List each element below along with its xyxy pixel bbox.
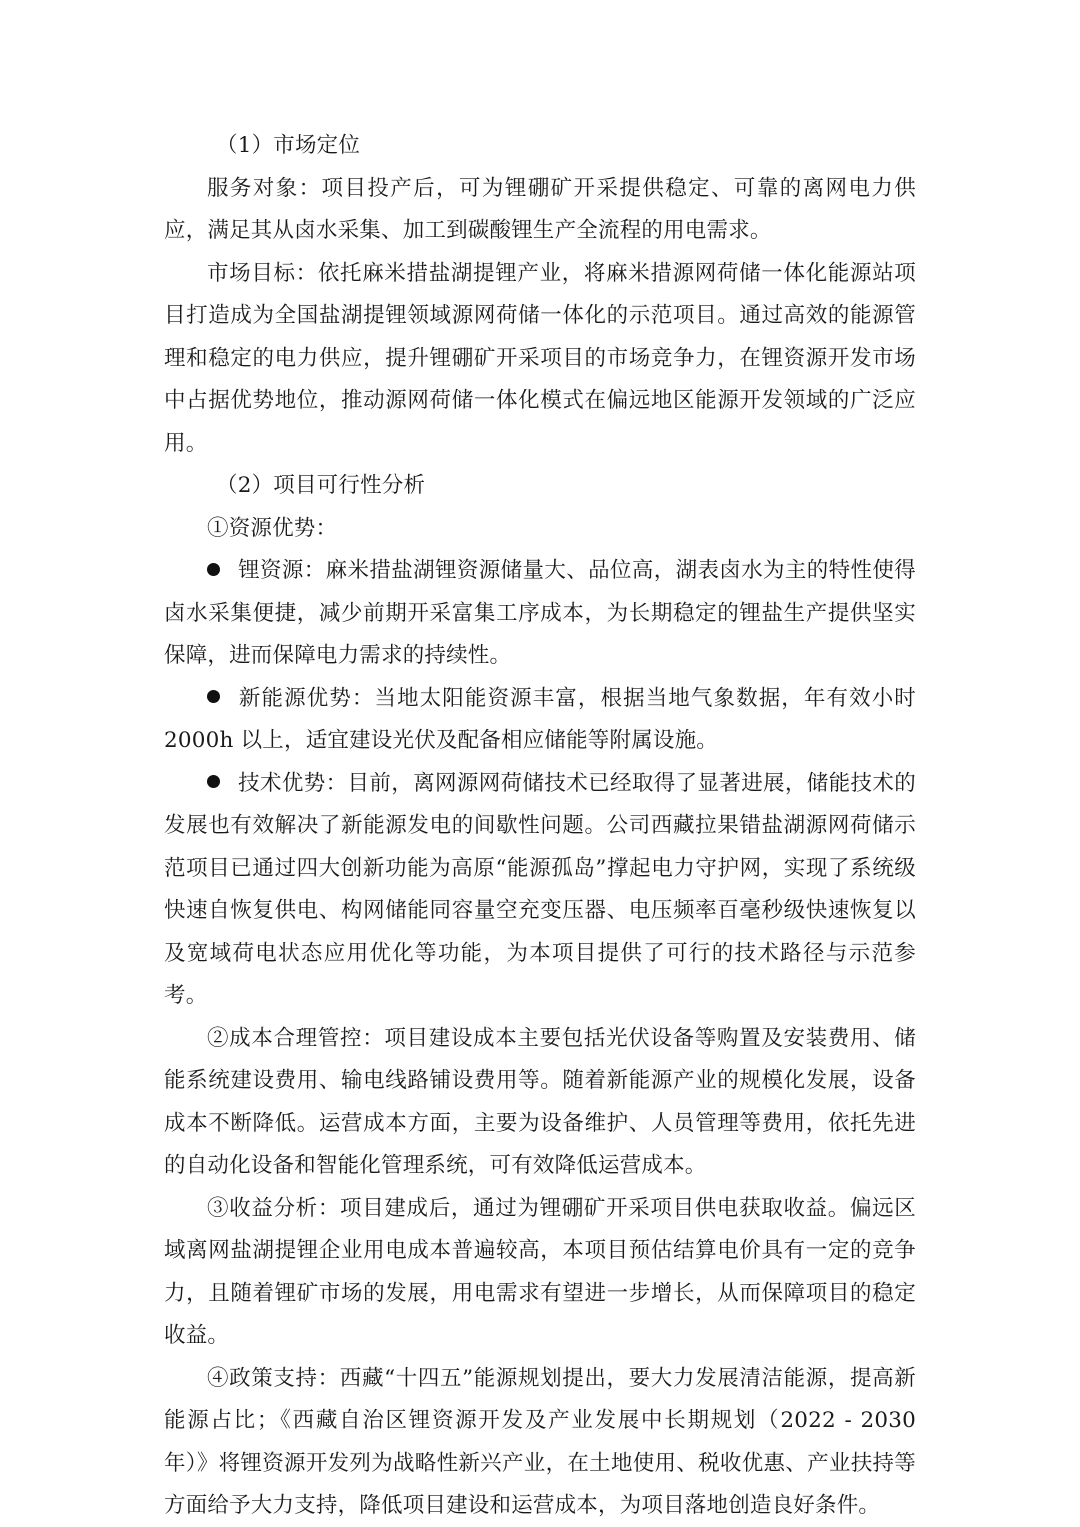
bullet-item-technology: 技术优势：目前，离网源网荷储技术已经取得了显著进展，储能技术的发展也有效解决了新… — [164, 763, 916, 1018]
bullet-text: 技术优势：目前，离网源网荷储技术已经取得了显著进展，储能技术的发展也有效解决了新… — [164, 771, 916, 1009]
bullet-icon — [207, 775, 220, 788]
bullet-text: 锂资源：麻米措盐湖锂资源储量大、品位高，湖表卤水为主的特性使得卤水采集便捷，减少… — [164, 558, 916, 668]
bullet-item-lithium-resource: 锂资源：麻米措盐湖锂资源储量大、品位高，湖表卤水为主的特性使得卤水采集便捷，减少… — [164, 550, 916, 678]
paragraph-market-goal: 市场目标：依托麻米措盐湖提锂产业，将麻米措源网荷储一体化能源站项目打造成为全国盐… — [164, 253, 916, 466]
bullet-icon — [207, 563, 220, 576]
paragraph-cost-control: ②成本合理管控：项目建设成本主要包括光伏设备等购置及安装费用、储能系统建设费用、… — [164, 1018, 916, 1188]
document-page: （1）市场定位 服务对象：项目投产后，可为锂硼矿开采提供稳定、可靠的离网电力供应… — [164, 125, 916, 1527]
section-heading-market-positioning: （1）市场定位 — [164, 125, 916, 168]
bullet-item-new-energy: 新能源优势：当地太阳能资源丰富，根据当地气象数据，年有效小时 2000h 以上，… — [164, 678, 916, 763]
section-heading-feasibility: （2）项目可行性分析 — [164, 465, 916, 508]
paragraph-policy-support: ④政策支持：西藏“十四五”能源规划提出，要大力发展清洁能源，提高新能源占比；《西… — [164, 1358, 916, 1527]
paragraph-service-target: 服务对象：项目投产后，可为锂硼矿开采提供稳定、可靠的离网电力供应，满足其从卤水采… — [164, 168, 916, 253]
subheading-resource-advantage: ①资源优势： — [164, 508, 916, 551]
paragraph-revenue-analysis: ③收益分析：项目建成后，通过为锂硼矿开采项目供电获取收益。偏远区域离网盐湖提锂企… — [164, 1188, 916, 1358]
bullet-text: 新能源优势：当地太阳能资源丰富，根据当地气象数据，年有效小时 2000h 以上，… — [164, 686, 916, 754]
bullet-icon — [207, 690, 220, 703]
